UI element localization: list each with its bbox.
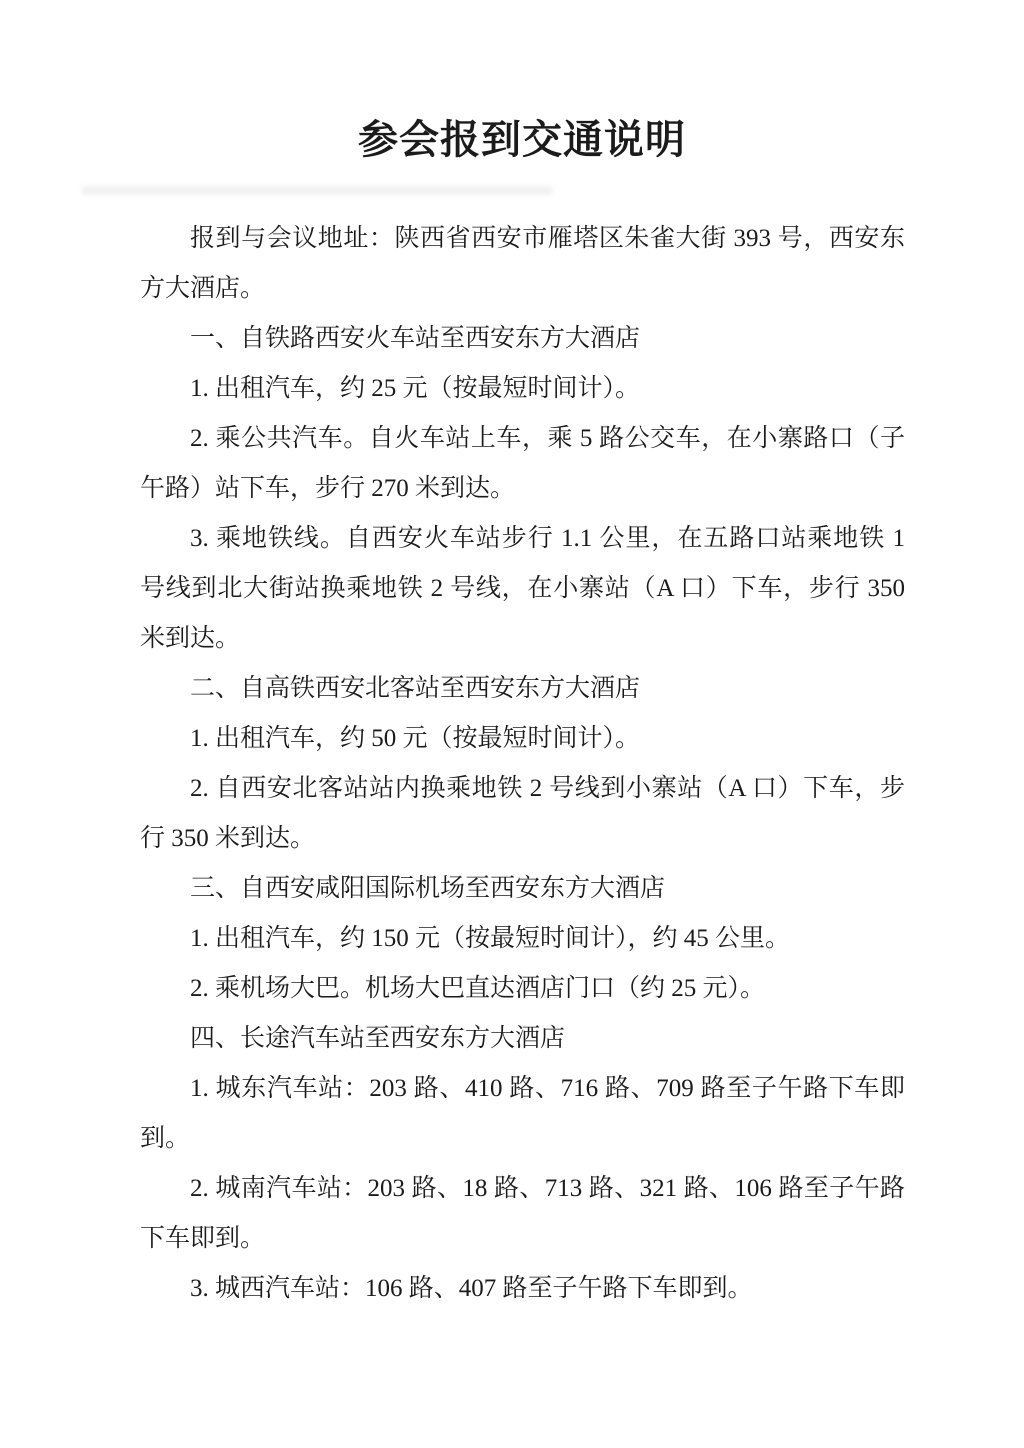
document-page: 参会报到交通说明 报到与会议地址：陕西省西安市雁塔区朱雀大街 393 号，西安东… [0,0,1024,1448]
scan-artifact [82,186,552,195]
section-1-item-1: 1. 出租汽车，约 25 元（按最短时间计）。 [140,364,905,414]
section-2-heading: 二、自高铁西安北客站至西安东方大酒店 [140,664,905,714]
section-2-item-1: 1. 出租汽车，约 50 元（按最短时间计）。 [140,714,905,764]
section-1-item-2: 2. 乘公共汽车。自火车站上车，乘 5 路公交车，在小寨路口（子午路）站下车，步… [140,414,905,514]
section-3-item-1: 1. 出租汽车，约 150 元（按最短时间计），约 45 公里。 [140,914,905,964]
section-4-heading: 四、长途汽车站至西安东方大酒店 [140,1014,905,1064]
section-3-heading: 三、自西安咸阳国际机场至西安东方大酒店 [140,864,905,914]
section-4-item-3: 3. 城西汽车站：106 路、407 路至子午路下车即到。 [140,1264,905,1314]
section-4-item-1: 1. 城东汽车站：203 路、410 路、716 路、709 路至子午路下车即到… [140,1064,905,1164]
section-4-item-2: 2. 城南汽车站：203 路、18 路、713 路、321 路、106 路至子午… [140,1164,905,1264]
section-2-item-2: 2. 自西安北客站站内换乘地铁 2 号线到小寨站（A 口）下车，步行 350 米… [140,764,905,864]
section-1-item-3: 3. 乘地铁线。自西安火车站步行 1.1 公里，在五路口站乘地铁 1 号线到北大… [140,514,905,664]
address-paragraph: 报到与会议地址：陕西省西安市雁塔区朱雀大街 393 号，西安东方大酒店。 [140,214,905,314]
section-1-heading: 一、自铁路西安火车站至西安东方大酒店 [140,314,905,364]
page-title: 参会报到交通说明 [140,0,904,168]
document-body: 报到与会议地址：陕西省西安市雁塔区朱雀大街 393 号，西安东方大酒店。 一、自… [140,214,905,1314]
section-3-item-2: 2. 乘机场大巴。机场大巴直达酒店门口（约 25 元）。 [140,964,905,1014]
